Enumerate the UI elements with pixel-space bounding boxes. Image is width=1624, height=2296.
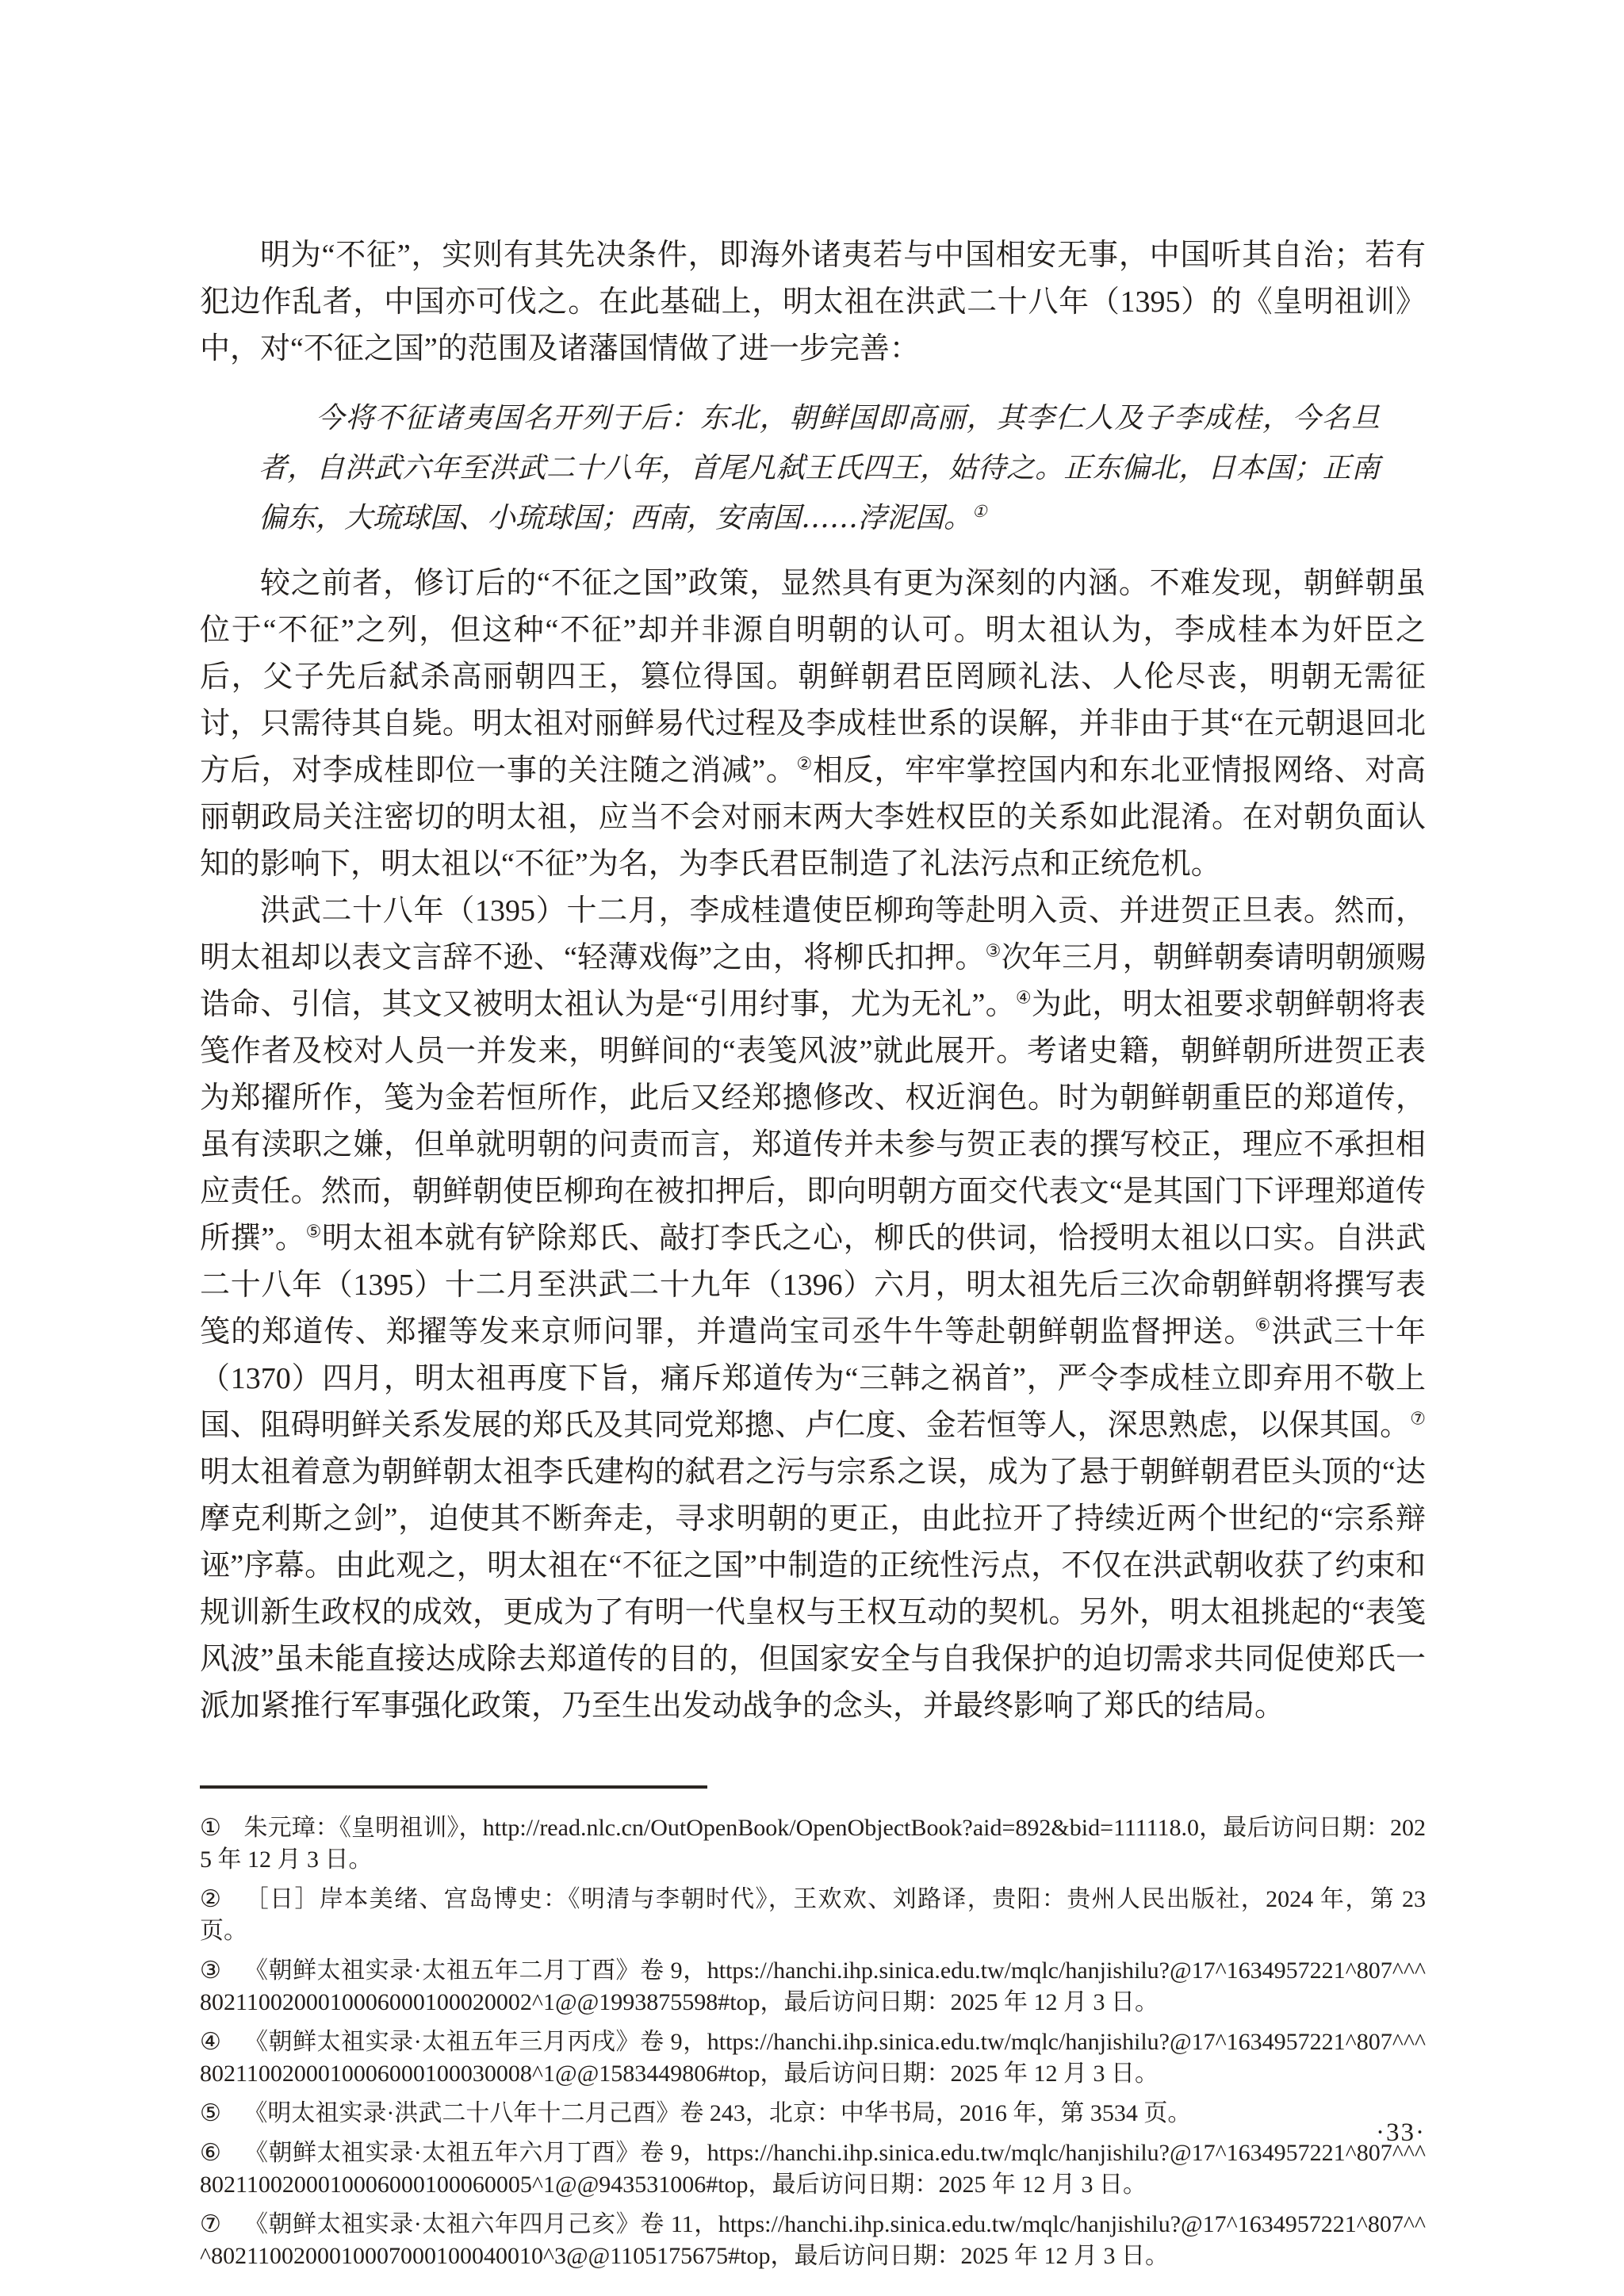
footnote-reference: ③ (986, 940, 1002, 960)
page-number-text: ·33· (1376, 2118, 1426, 2147)
footnote-text: 《朝鲜太祖实录·太祖五年三月丙戌》卷 9，https://hanchi.ihp.… (200, 2029, 1426, 2087)
block-quote: 今将不征诸夷国名开列于后：东北，朝鲜国即高丽，其李仁人及子李成桂，今名旦者，自洪… (259, 393, 1380, 543)
paragraph-text: 明太祖着意为朝鲜朝太祖李氏建构的弑君之污与宗系之误，成为了悬于朝鲜朝君臣头顶的“… (200, 1456, 1426, 1723)
footnote-text: 《朝鲜太祖实录·太祖五年六月丁酉》卷 9，https://hanchi.ihp.… (200, 2140, 1426, 2198)
footnote-reference: ⑥ (1255, 1314, 1272, 1334)
footnote-separator (200, 1785, 707, 1789)
footnote-text: 《朝鲜太祖实录·太祖六年四月己亥》卷 11，https://hanchi.ihp… (200, 2211, 1426, 2269)
footnotes-section: ①朱元璋：《皇明祖训》，http://read.nlc.cn/OutOpenBo… (200, 1812, 1426, 2272)
footnote-item: ⑤《明太祖实录·洪武二十八年十二月己酉》卷 243，北京：中华书局，2016 年… (200, 2098, 1426, 2130)
paragraph-text: 明为“不征”，实则有其先决条件，即海外诸夷若与中国相安无事，中国听其自治；若有犯… (200, 239, 1426, 365)
paragraph-text: 为此，明太祖要求朝鲜朝将表笺作者及校对人员一并发来，明鲜间的“表笺风波”就此展开… (200, 988, 1426, 1255)
footnote-reference: ④ (1016, 987, 1032, 1007)
footnote-text: 《朝鲜太祖实录·太祖五年二月丁酉》卷 9，https://hanchi.ihp.… (200, 1957, 1426, 2015)
footnote-item: ④《朝鲜太祖实录·太祖五年三月丙戌》卷 9，https://hanchi.ihp… (200, 2026, 1426, 2090)
footnote-text: 《明太祖实录·洪武二十八年十二月己酉》卷 243，北京：中华书局，2016 年，… (243, 2100, 1191, 2126)
footnote-marker: ② (200, 1886, 222, 1912)
body-paragraph: 明为“不征”，实则有其先决条件，即海外诸夷若与中国相安无事，中国听其自治；若有犯… (200, 232, 1426, 373)
footnote-reference: ② (797, 753, 813, 773)
footnote-reference: ⑤ (306, 1221, 322, 1241)
footnote-reference: ⑦ (1410, 1408, 1426, 1428)
document-page: 明为“不征”，实则有其先决条件，即海外诸夷若与中国相安无事，中国听其自治；若有犯… (0, 0, 1624, 2296)
page-number: ·33· (1376, 2118, 1426, 2148)
footnote-marker: ⑥ (200, 2140, 221, 2166)
footnote-text: ［日］岸本美绪、宫岛博史：《明清与李朝时代》，王欢欢、刘路译，贵阳：贵州人民出版… (200, 1886, 1426, 1944)
footnote-item: ①朱元璋：《皇明祖训》，http://read.nlc.cn/OutOpenBo… (200, 1812, 1426, 1876)
body-paragraph: 洪武二十八年（1395）十二月，李成桂遣使臣柳玽等赴明入贡、并进贺正旦表。然而，… (200, 888, 1426, 1730)
footnote-item: ⑥《朝鲜太祖实录·太祖五年六月丁酉》卷 9，https://hanchi.ihp… (200, 2137, 1426, 2201)
footnote-reference: ① (972, 502, 987, 521)
page-content: 明为“不征”，实则有其先决条件，即海外诸夷若与中国相安无事，中国听其自治；若有犯… (200, 232, 1426, 2280)
footnote-marker: ④ (200, 2029, 221, 2055)
paragraph-text: 今将不征诸夷国名开列于后：东北，朝鲜国即高丽，其李仁人及子李成桂，今名旦者，自洪… (259, 402, 1380, 534)
paragraph-text: 明太祖本就有铲除郑氏、敲打李氏之心，柳氏的供词，恰授明太祖以口实。自洪武二十八年… (200, 1222, 1426, 1349)
footnote-text: 朱元璋：《皇明祖训》，http://read.nlc.cn/OutOpenBoo… (200, 1815, 1426, 1873)
footnote-marker: ③ (200, 1957, 221, 1984)
footnote-item: ③《朝鲜太祖实录·太祖五年二月丁酉》卷 9，https://hanchi.ihp… (200, 1955, 1426, 2019)
footnote-marker: ① (200, 1815, 221, 1841)
footnote-marker: ⑤ (200, 2100, 221, 2126)
footnote-marker: ⑦ (200, 2211, 221, 2237)
article-body: 明为“不征”，实则有其先决条件，即海外诸夷若与中国相安无事，中国听其自治；若有犯… (200, 232, 1426, 1730)
body-paragraph: 较之前者，修订后的“不征之国”政策，显然具有更为深刻的内涵。不难发现，朝鲜朝虽位… (200, 561, 1426, 888)
footnote-item: ⑦《朝鲜太祖实录·太祖六年四月己亥》卷 11，https://hanchi.ih… (200, 2209, 1426, 2272)
footnote-item: ②［日］岸本美绪、宫岛博史：《明清与李朝时代》，王欢欢、刘路译，贵阳：贵州人民出… (200, 1884, 1426, 1947)
